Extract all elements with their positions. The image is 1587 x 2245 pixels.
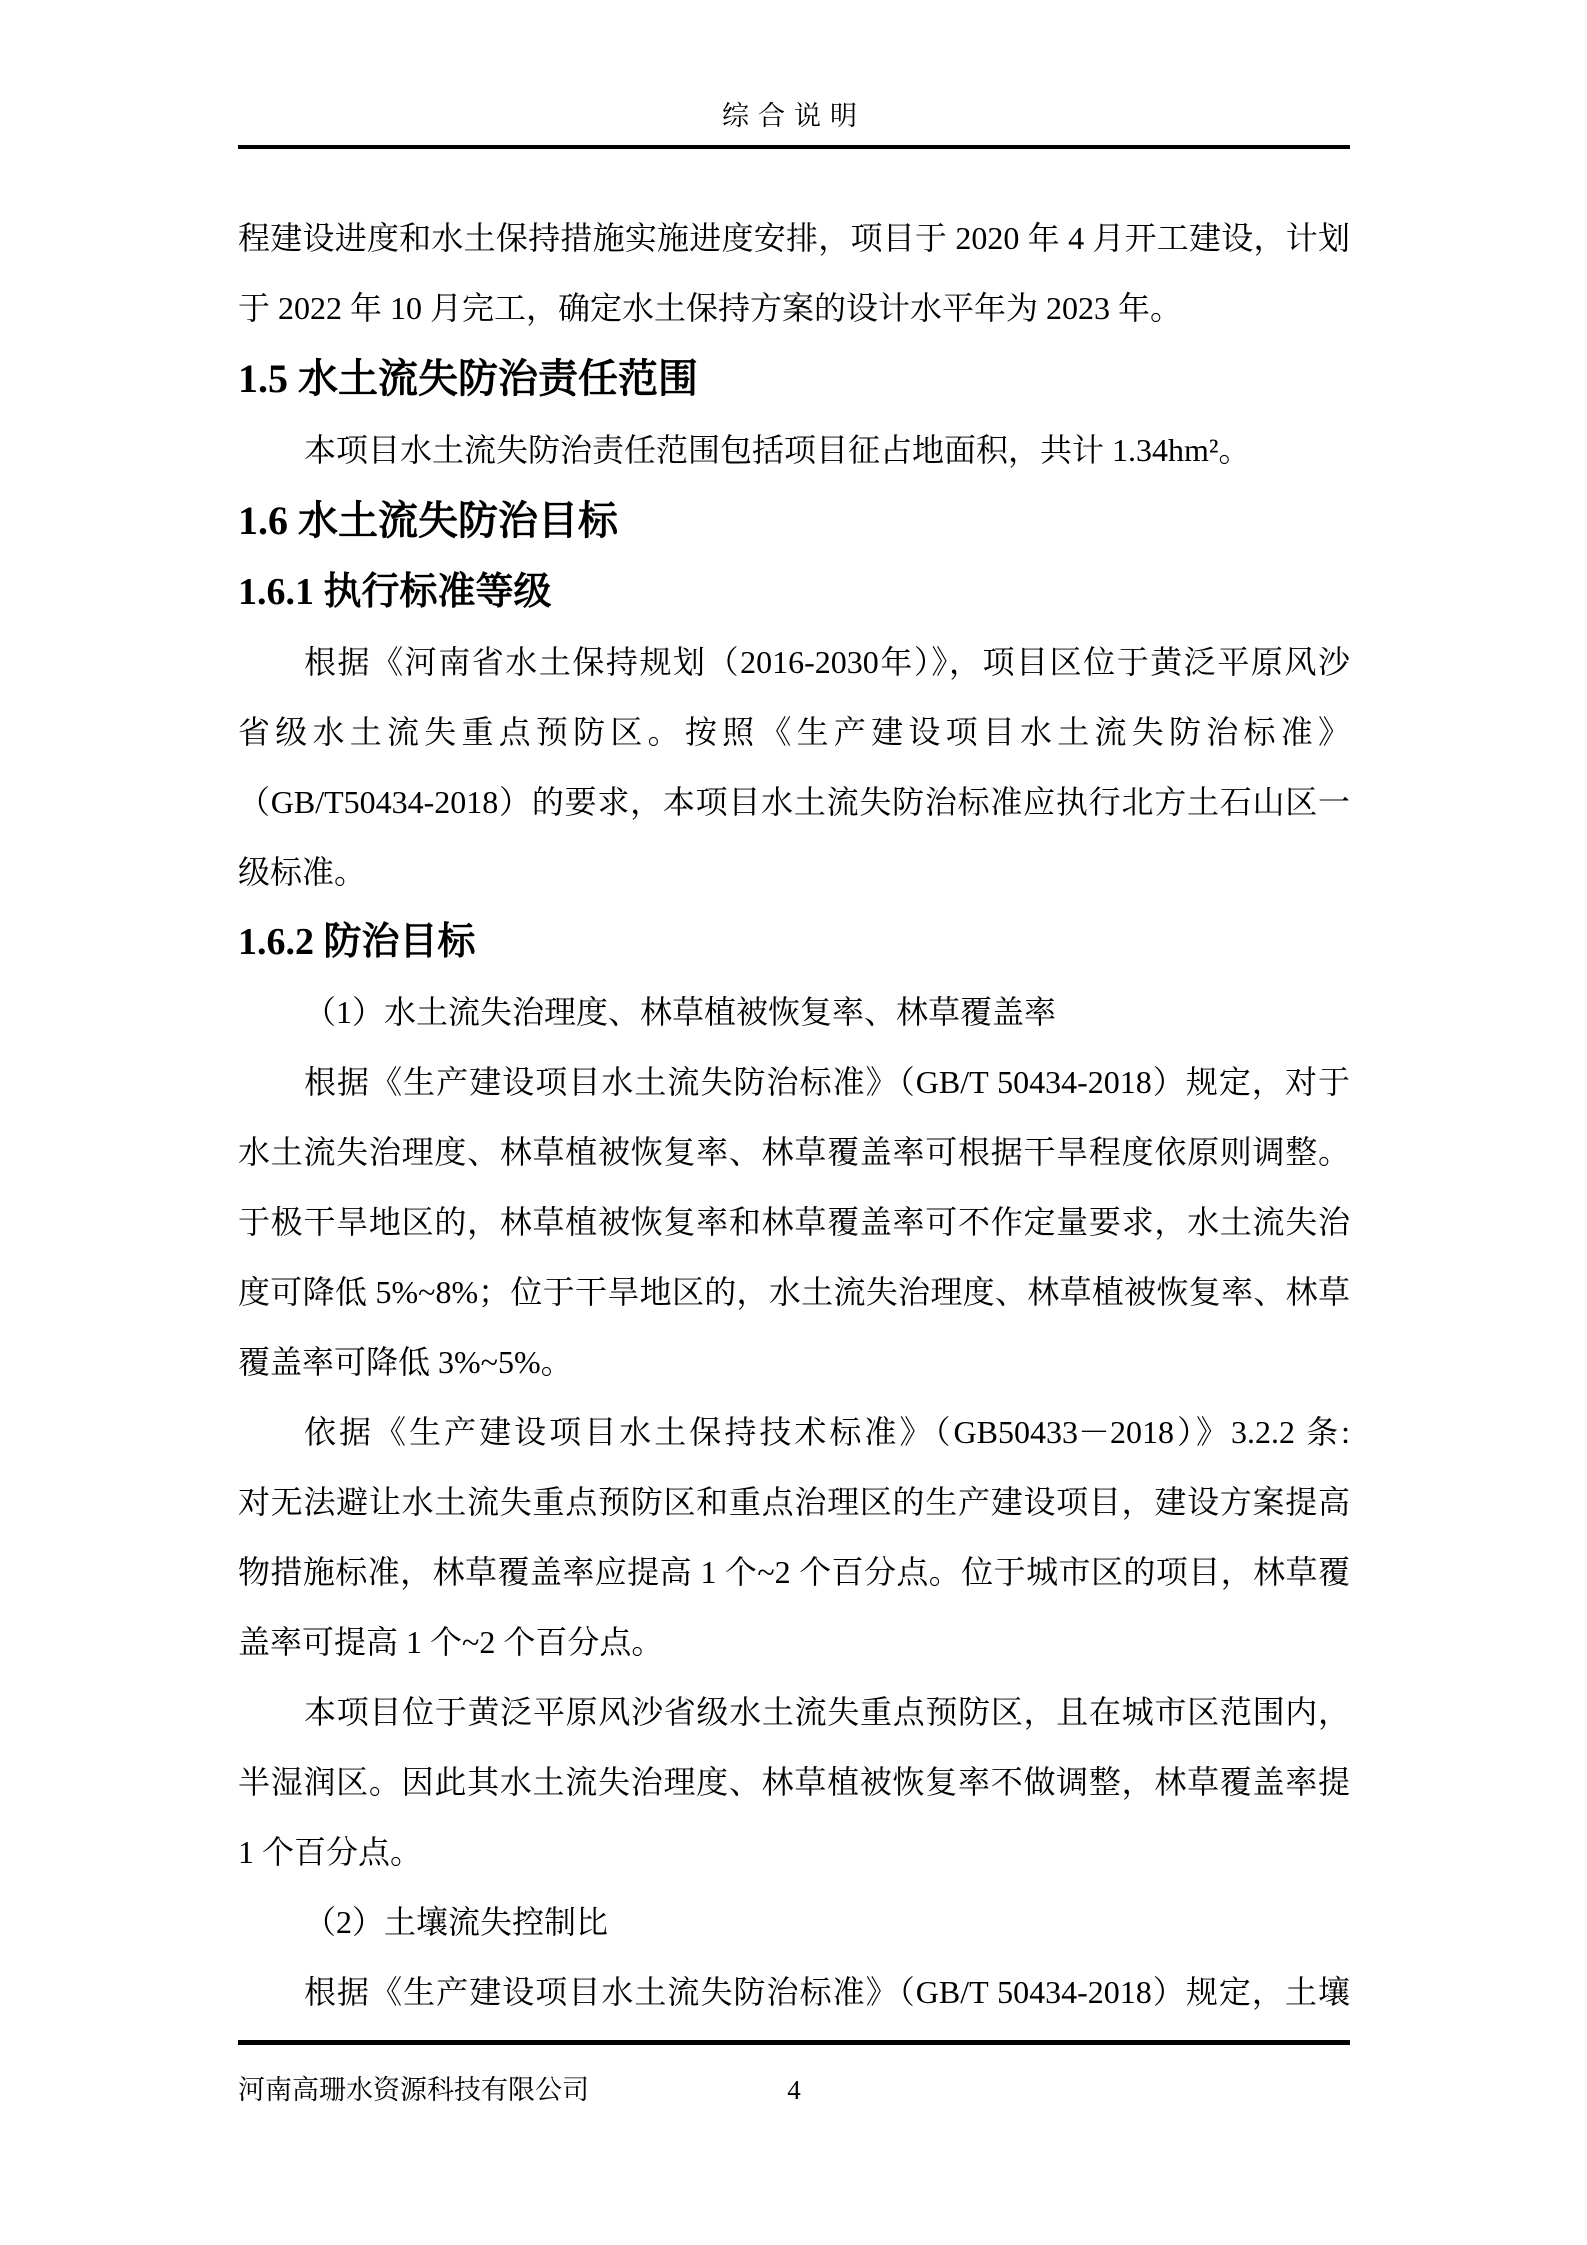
header-rule — [238, 145, 1350, 149]
body-line: 程建设进度和水土保持措施实施进度安排，项目于 2020 年 4 月开工建设，计划 — [238, 203, 1350, 273]
body-line: 于极干旱地区的，林草植被恢复率和林草覆盖率可不作定量要求，水土流失治理 — [238, 1187, 1350, 1257]
body-line: 本项目水土流失防治责任范围包括项目征占地面积，共计 1.34hm²。 — [238, 415, 1350, 485]
section-heading-1-6-2: 1.6.2 防治目标 — [238, 907, 1350, 977]
body-line: 根据《生产建设项目水土流失防治标准》（GB/T 50434-2018）规定，土壤 — [238, 1957, 1350, 2027]
section-heading-1-5: 1.5 水土流失防治责任范围 — [238, 343, 1350, 415]
body-line: （1）水土流失治理度、林草植被恢复率、林草覆盖率 — [238, 977, 1350, 1047]
body-line: 于 2022 年 10 月完工，确定水土保持方案的设计水平年为 2023 年。 — [238, 273, 1350, 343]
body-line: 半湿润区。因此其水土流失治理度、林草植被恢复率不做调整，林草覆盖率提高 — [238, 1747, 1350, 1817]
body-line: 本项目位于黄泛平原风沙省级水土流失重点预防区，且在城市区范围内，为 — [238, 1677, 1350, 1747]
body-line: 水土流失治理度、林草植被恢复率、林草覆盖率可根据干旱程度依原则调整。位 — [238, 1117, 1350, 1187]
document-page: 综合说明 程建设进度和水土保持措施实施进度安排，项目于 2020 年 4 月开工… — [0, 0, 1587, 2245]
body-line: 盖率可提高 1 个~2 个百分点。 — [238, 1607, 1350, 1677]
body-line: 1 个百分点。 — [238, 1817, 1350, 1887]
body-line: 根据《河南省水土保持规划（2016-2030年）》，项目区位于黄泛平原风沙 — [238, 627, 1350, 697]
body-line: 物措施标准，林草覆盖率应提高 1 个~2 个百分点。位于城市区的项目，林草覆 — [238, 1537, 1350, 1607]
section-heading-1-6-1: 1.6.1 执行标准等级 — [238, 557, 1350, 627]
document-body: 程建设进度和水土保持措施实施进度安排，项目于 2020 年 4 月开工建设，计划… — [238, 203, 1350, 2027]
body-line: 省级水土流失重点预防区。按照《生产建设项目水土流失防治标准》 — [238, 697, 1350, 767]
body-line: （GB/T50434-2018）的要求，本项目水土流失防治标准应执行北方土石山区… — [238, 767, 1350, 837]
body-line: （2）土壤流失控制比 — [238, 1887, 1350, 1957]
body-line: 根据《生产建设项目水土流失防治标准》（GB/T 50434-2018）规定，对于 — [238, 1047, 1350, 1117]
page-number: 4 — [238, 2068, 1350, 2112]
section-heading-1-6: 1.6 水土流失防治目标 — [238, 485, 1350, 557]
body-line: 依据《生产建设项目水土保持技术标准》（GB50433－2018）》3.2.2 条… — [238, 1397, 1350, 1467]
body-line: 级标准。 — [238, 837, 1350, 907]
body-line: 覆盖率可降低 3%~5%。 — [238, 1327, 1350, 1397]
running-header-title: 综合说明 — [238, 96, 1350, 136]
body-line: 度可降低 5%~8%；位于干旱地区的，水土流失治理度、林草植被恢复率、林草 — [238, 1257, 1350, 1327]
body-line: 对无法避让水土流失重点预防区和重点治理区的生产建设项目，建设方案提高植 — [238, 1467, 1350, 1537]
footer-rule — [238, 2040, 1350, 2045]
